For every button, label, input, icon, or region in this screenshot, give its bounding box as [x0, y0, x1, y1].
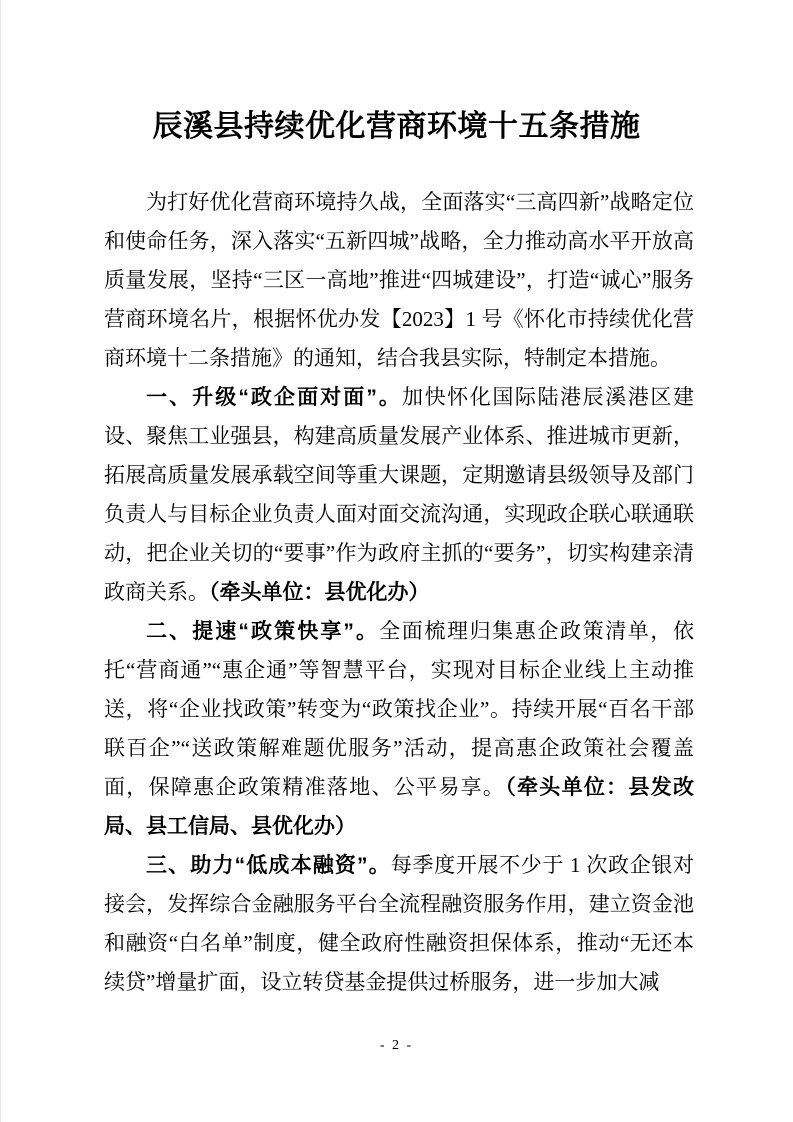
paragraph: 为打好优化营商环境持久战，全面落实“三高四新”战略定位和使命任务，深入落实“五新…: [104, 183, 694, 378]
text-run-body: 为打好优化营商环境持久战，全面落实“三高四新”战略定位和使命任务，深入落实“五新…: [104, 190, 694, 370]
paragraph: 二、提速“政策快享”。全面梳理归集惠企政策清单，依托“营商通”“惠企通”等智慧平…: [104, 612, 694, 846]
text-run-heading: 三、助力“低成本融资”。: [146, 854, 391, 877]
text-run-unit: （牵头单位：县优化办）: [209, 580, 430, 604]
document-title: 辰溪县持续优化营商环境十五条措施: [0, 108, 793, 146]
text-run-body: 加快怀化国际陆港辰溪港区建设、聚焦工业强县，构建高质量发展产业体系、推进城市更新…: [104, 385, 694, 604]
paragraph: 三、助力“低成本融资”。每季度开展不少于 1 次政企银对接会，发挥综合金融服务平…: [104, 846, 694, 1002]
page-number: - 2 -: [0, 1038, 793, 1054]
document-body: 为打好优化营商环境持久战，全面落实“三高四新”战略定位和使命任务，深入落实“五新…: [104, 183, 694, 1002]
text-run-body: 全面梳理归集惠企政策清单，依托“营商通”“惠企通”等智慧平台，实现对目标企业线上…: [104, 619, 694, 799]
text-run-heading: 一、升级“政企面对面”。: [146, 386, 402, 409]
paragraph: 一、升级“政企面对面”。加快怀化国际陆港辰溪港区建设、聚焦工业强县，构建高质量发…: [104, 378, 694, 612]
document-page: 辰溪县持续优化营商环境十五条措施 为打好优化营商环境持久战，全面落实“三高四新”…: [0, 0, 793, 1122]
text-run-heading: 二、提速“政策快享”。: [146, 620, 379, 643]
